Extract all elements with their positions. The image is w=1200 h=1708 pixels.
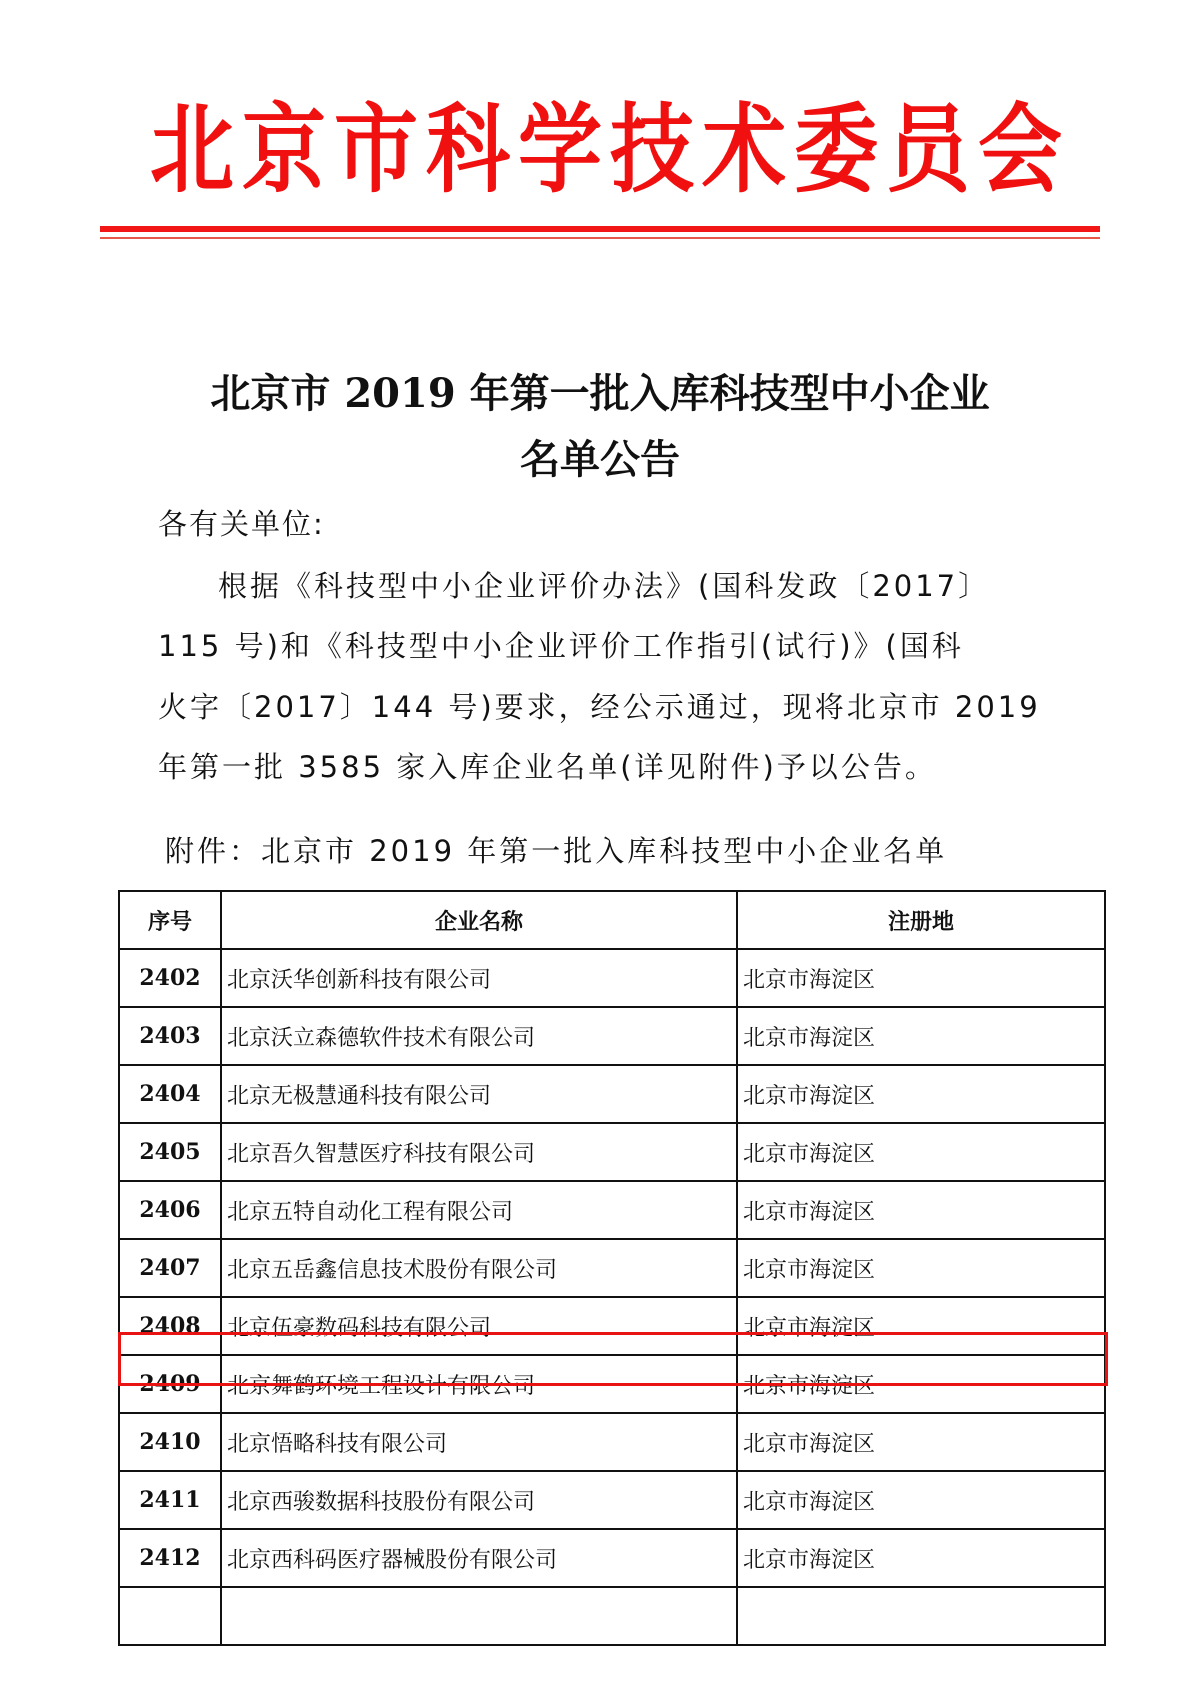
table-row: 2410 北京悟略科技有限公司 北京市海淀区 [119,1413,1105,1471]
row-name: 北京舞鹤环境工程设计有限公司 [221,1355,737,1413]
row-location: 北京市海淀区 [737,1529,1105,1587]
row-name: 北京五特自动化工程有限公司 [221,1181,737,1239]
body-line-3: 火字〔2017〕144 号)要求，经公示通过，现将北京市 2019 [158,685,1041,726]
table-row: 2402 北京沃华创新科技有限公司 北京市海淀区 [119,949,1105,1007]
table-row: 2403 北京沃立森德软件技术有限公司 北京市海淀区 [119,1007,1105,1065]
letterhead-title: 北京市科学技术委员会 [150,92,1050,207]
row-location: 北京市海淀区 [737,949,1105,1007]
letterhead-rule-thin [100,237,1100,239]
row-location: 北京市海淀区 [737,1007,1105,1065]
row-index: 2412 [119,1529,221,1587]
body-line-1: 根据《科技型中小企业评价办法》(国科发政〔2017〕 [218,564,990,605]
table-row: 2408 北京伍豪数码科技有限公司 北京市海淀区 [119,1297,1105,1355]
row-location: 北京市海淀区 [737,1413,1105,1471]
row-index: 2411 [119,1471,221,1529]
row-name: 北京沃立森德软件技术有限公司 [221,1007,737,1065]
row-index: 2410 [119,1413,221,1471]
header-name: 企业名称 [221,891,737,949]
row-location: 北京市海淀区 [737,1181,1105,1239]
row-index: 2405 [119,1123,221,1181]
row-location: 北京市海淀区 [737,1471,1105,1529]
row-name: 北京五岳鑫信息技术股份有限公司 [221,1239,737,1297]
document-title-line1: 北京市 2019 年第一批入库科技型中小企业 [100,362,1100,419]
enterprise-table: 序号 企业名称 注册地 2402 北京沃华创新科技有限公司 北京市海淀区 240… [118,890,1106,1646]
row-location: 北京市海淀区 [737,1239,1105,1297]
row-name: 北京吾久智慧医疗科技有限公司 [221,1123,737,1181]
row-name: 北京西骏数据科技股份有限公司 [221,1471,737,1529]
row-index: 2403 [119,1007,221,1065]
row-name: 北京悟略科技有限公司 [221,1413,737,1471]
row-index: 2406 [119,1181,221,1239]
table-row: 2406 北京五特自动化工程有限公司 北京市海淀区 [119,1181,1105,1239]
row-name: 北京伍豪数码科技有限公司 [221,1297,737,1355]
table-row: 2412 北京西科码医疗器械股份有限公司 北京市海淀区 [119,1529,1105,1587]
row-location: 北京市海淀区 [737,1065,1105,1123]
table-row: 2407 北京五岳鑫信息技术股份有限公司 北京市海淀区 [119,1239,1105,1297]
row-index: 2408 [119,1297,221,1355]
row-name [221,1587,737,1645]
row-index: 2407 [119,1239,221,1297]
document-title-line2: 名单公告 [100,428,1100,485]
row-index [119,1587,221,1645]
row-name: 北京沃华创新科技有限公司 [221,949,737,1007]
header-location: 注册地 [737,891,1105,949]
attachment-line: 附件：北京市 2019 年第一批入库科技型中小企业名单 [165,829,947,870]
table-row: 2404 北京无极慧通科技有限公司 北京市海淀区 [119,1065,1105,1123]
row-index: 2409 [119,1355,221,1413]
header-index: 序号 [119,891,221,949]
table-row: 2411 北京西骏数据科技股份有限公司 北京市海淀区 [119,1471,1105,1529]
row-name: 北京无极慧通科技有限公司 [221,1065,737,1123]
table-row-highlighted: 2409 北京舞鹤环境工程设计有限公司 北京市海淀区 [119,1355,1105,1413]
row-location [737,1587,1105,1645]
letterhead-rule-thick [100,226,1100,232]
body-line-2: 115 号)和《科技型中小企业评价工作指引(试行)》(国科 [158,624,964,665]
table-row-partial [119,1587,1105,1645]
salutation: 各有关单位: [158,502,325,543]
row-location: 北京市海淀区 [737,1355,1105,1413]
table-header-row: 序号 企业名称 注册地 [119,891,1105,949]
row-location: 北京市海淀区 [737,1297,1105,1355]
table-row: 2405 北京吾久智慧医疗科技有限公司 北京市海淀区 [119,1123,1105,1181]
row-name: 北京西科码医疗器械股份有限公司 [221,1529,737,1587]
row-index: 2402 [119,949,221,1007]
row-index: 2404 [119,1065,221,1123]
row-location: 北京市海淀区 [737,1123,1105,1181]
body-line-4: 年第一批 3585 家入库企业名单(详见附件)予以公告。 [158,745,937,786]
